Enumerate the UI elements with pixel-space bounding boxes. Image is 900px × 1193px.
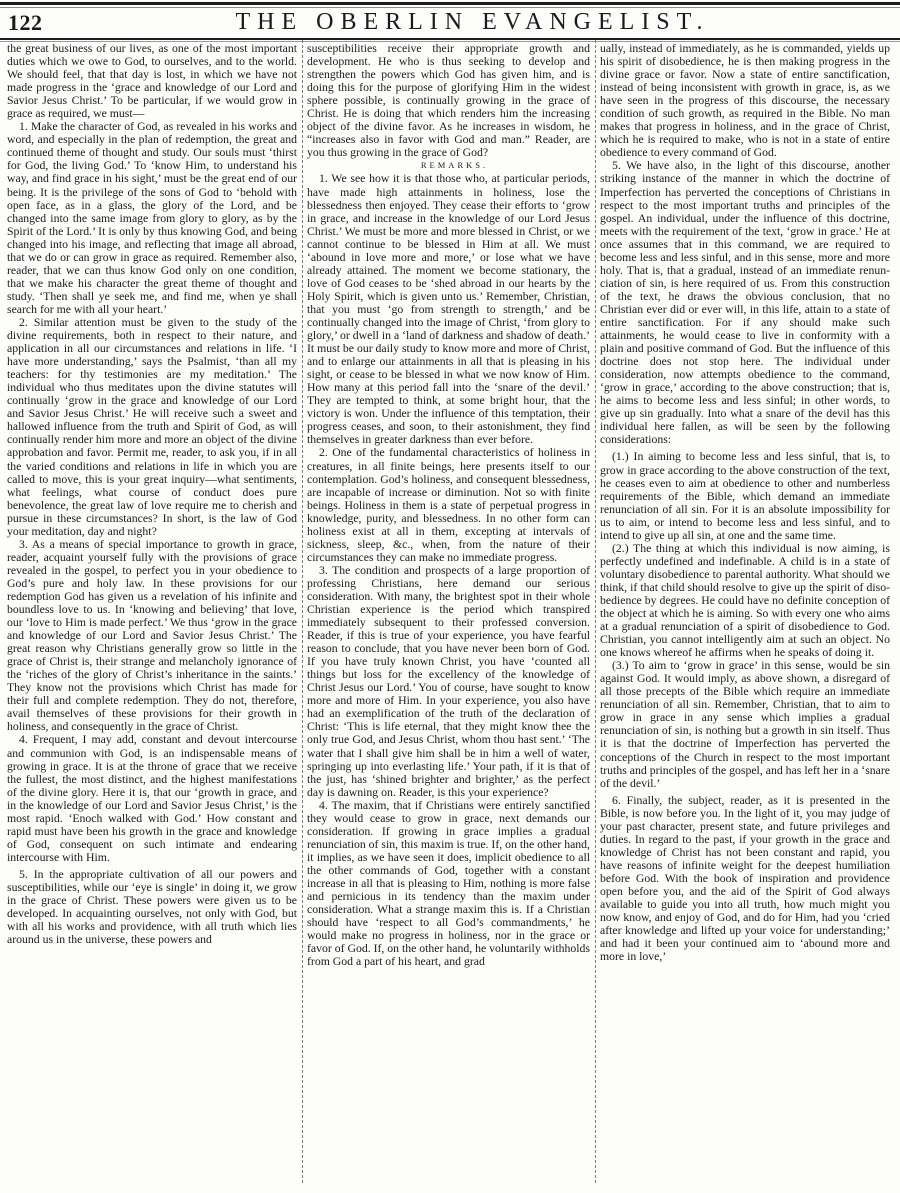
paragraph: 5. We have also, in the light of this di… [600, 159, 890, 446]
remark-paragraph: 3. The condition and prospects of a larg… [307, 564, 590, 799]
masthead: 122 THE OBERLIN EVANGELIST. [0, 8, 900, 38]
paragraph: 4. Frequent, I may add, constant and dev… [7, 733, 297, 863]
newspaper-page: 122 THE OBERLIN EVANGELIST. the great bu… [0, 0, 900, 1193]
paragraph: (1.) In aiming to become less and less s… [600, 450, 890, 541]
column-divider [595, 40, 596, 1183]
remark-paragraph: 1. We see how it is that those who, at p… [307, 172, 590, 446]
paragraph: the great business of our lives, as one … [7, 42, 297, 120]
paragraph: 5. In the appropriate cultivation of all… [7, 868, 297, 946]
column-2: susceptibilities receive their appropria… [307, 42, 590, 968]
top-rule [0, 2, 900, 5]
paragraph: 6. Finally, the subject, reader, as it i… [600, 794, 890, 964]
paragraph: 2. Similar attention must be given to th… [7, 316, 297, 538]
paragraph: susceptibilities receive their appropria… [307, 42, 590, 159]
paragraph: ually, instead of immediately, as he is … [600, 42, 890, 159]
remark-paragraph: 4. The maxim, that if Christians were en… [307, 799, 590, 969]
paragraph: (2.) The thing at which this individual … [600, 542, 890, 659]
paragraph: (3.) To aim to ‘grow in grace’ in this s… [600, 659, 890, 789]
column-1: the great business of our lives, as one … [7, 42, 297, 946]
paragraph: 1. Make the character of God, as reveale… [7, 120, 297, 316]
masthead-rule [0, 38, 900, 40]
remark-paragraph: 2. One of the fundamental characteristic… [307, 446, 590, 563]
remarks-heading: REMARKS. [307, 159, 590, 172]
column-3: ually, instead of immediately, as he is … [600, 42, 890, 963]
paragraph: 3. As a means of special importance to g… [7, 538, 297, 734]
paper-title: THE OBERLIN EVANGELIST. [0, 9, 900, 36]
column-divider [302, 40, 303, 1183]
